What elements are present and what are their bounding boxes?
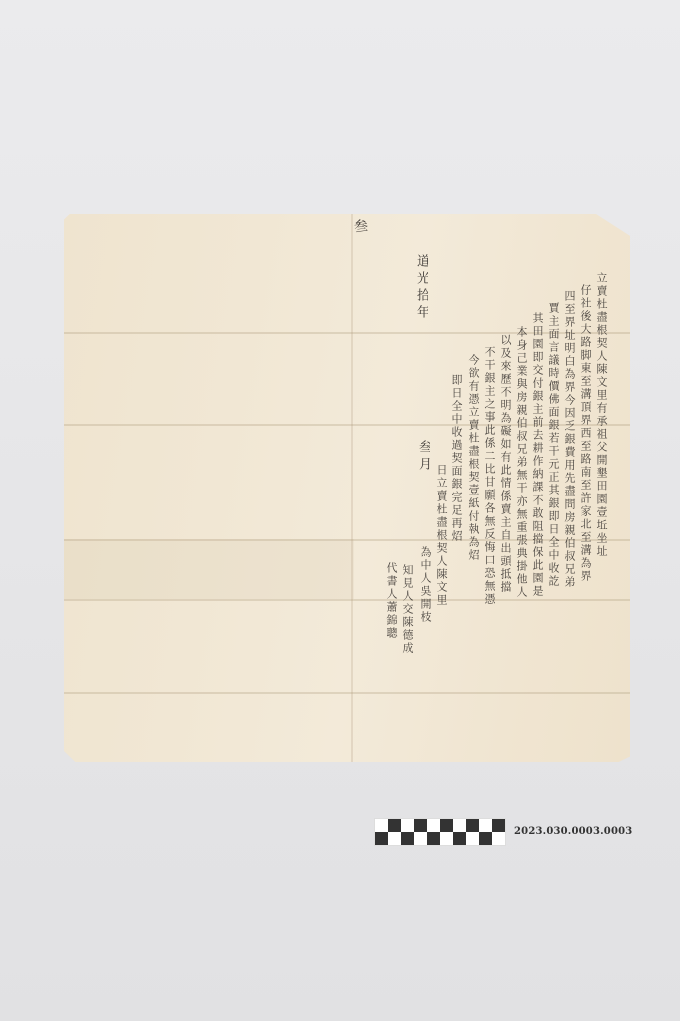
body-column: 立賣杜盡根契人陳文里有承祖父開墾田園壹坵坐址 <box>594 272 608 742</box>
body-column: 四至界址明白為界今因乏銀費用先盡問房親伯叔兄弟 <box>562 290 576 740</box>
date-month: 叁月 <box>416 440 430 480</box>
body-column: 賈主面言議時價佛面銀若干元正其銀即日全中收訖 <box>546 302 560 732</box>
body-column: 本身己業與房親伯叔兄弟無干亦無重張典掛他人 <box>514 326 528 706</box>
corner-mark: 叁 <box>353 215 370 237</box>
date-era: 道光拾年 <box>414 254 428 334</box>
body-column: 以及來歷不明為礙如有此情係賣主自出頭抵擋 <box>498 334 512 674</box>
paper-stain-band <box>64 539 354 599</box>
signature-witness: 知見人交陳德成 <box>400 564 414 664</box>
body-column: 今欲有憑立賣杜盡根契壹紙付執為炤 <box>466 354 480 614</box>
body-column: 仔社後大路脚東至溝頂界西至路南至許家北至溝為界 <box>578 284 592 744</box>
signature-scribe: 代書人蕭錦聰 <box>384 562 398 672</box>
body-column: 即日全中收過契面銀完足再炤 <box>449 374 463 604</box>
body-column: 其田園即交付銀主前去耕作納課不敢阻擋保此園是 <box>530 312 544 712</box>
fold-line-vertical <box>351 214 353 762</box>
body-column: 不干銀主之事此係二比甘願各無反悔口恐無憑 <box>482 346 496 646</box>
signature-seller: 日立賣杜盡根契人陳文里 <box>434 464 448 614</box>
historical-document-paper: 叁 道光拾年 叁月 立賣杜盡根契人陳文里有承祖父開墾田園壹坵坐址 仔社後大路脚東… <box>64 214 630 762</box>
color-scale-bar <box>374 818 506 846</box>
signature-middleman: 為中人吳開枝 <box>418 546 432 636</box>
accession-number-label: 2023.030.0003.0003 <box>514 826 632 837</box>
